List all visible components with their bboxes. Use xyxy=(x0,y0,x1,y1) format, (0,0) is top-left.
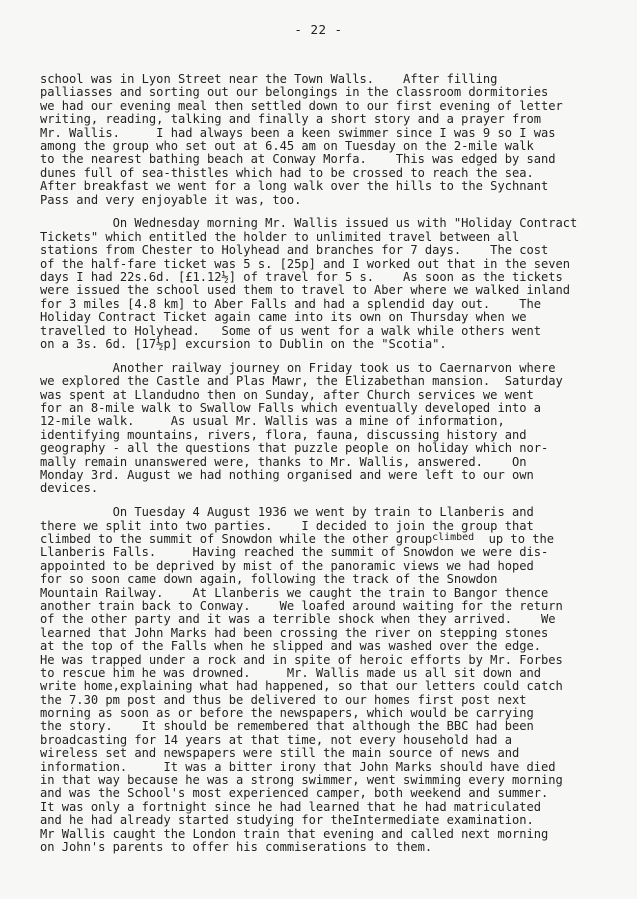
text-line: the 7.30 pm post and thus be delivered t… xyxy=(40,694,637,707)
text-line: On Wednesday morning Mr. Wallis issued u… xyxy=(40,217,637,230)
text-line: we explored the Castle and Plas Mawr, th… xyxy=(40,375,637,388)
text-line: On Tuesday 4 August 1936 we went by trai… xyxy=(40,506,637,519)
text-line: school was in Lyon Street near the Town … xyxy=(40,73,637,86)
text-line: stations from Chester to Holyhead and br… xyxy=(40,244,637,257)
text-line: Monday 3rd. August we had nothing organi… xyxy=(40,469,637,482)
text-line: writing, reading, talking and finally a … xyxy=(40,113,637,126)
text-line: at the top of the Falls when he slipped … xyxy=(40,640,637,653)
text-line: broadcasting for 14 years at that time, … xyxy=(40,734,637,747)
text-line: Mr Wallis caught the London train that e… xyxy=(40,828,637,841)
body-text: school was in Lyon Street near the Town … xyxy=(40,73,637,854)
text-line: for an 8-mile walk to Swallow Falls whic… xyxy=(40,402,637,415)
text-line: devices. xyxy=(40,482,637,495)
text-line: and was the School's most experienced ca… xyxy=(40,787,637,800)
text-line: Tickets" which entitled the holder to un… xyxy=(40,231,637,244)
text-line: of the other party and it was a terrible… xyxy=(40,613,637,626)
text-line: there we split into two parties. I decid… xyxy=(40,520,637,533)
text-line: was spent at Llandudno then on Sunday, a… xyxy=(40,389,637,402)
document-page: - 22 - school was in Lyon Street near th… xyxy=(0,0,637,899)
text-line: Llanberis Falls. Having reached the summ… xyxy=(40,546,637,559)
text-line: Holiday Contract Ticket again came into … xyxy=(40,311,637,324)
text-line: geography - all the questions that puzzl… xyxy=(40,442,637,455)
text-line: another train back to Conway. We loafed … xyxy=(40,600,637,613)
paragraph-3: Another railway journey on Friday took u… xyxy=(40,362,637,496)
page-number: - 22 - xyxy=(0,22,637,37)
text-line: Mr. Wallis. I had always been a keen swi… xyxy=(40,127,637,140)
paragraph-4: On Tuesday 4 August 1936 we went by trai… xyxy=(40,506,637,854)
text-line: It was only a fortnight since he had lea… xyxy=(40,801,637,814)
text-line: identifying mountains, rivers, flora, fa… xyxy=(40,429,637,442)
text-line: days I had 22s.6d. [£1.12½] of travel fo… xyxy=(40,271,637,284)
text-line: He was trapped under a rock and in spite… xyxy=(40,654,637,667)
text-line: of the half-fare ticket was 5 s. [25p] a… xyxy=(40,258,637,271)
text-line: travelled to Holyhead. Some of us went f… xyxy=(40,325,637,338)
paragraph-2: On Wednesday morning Mr. Wallis issued u… xyxy=(40,217,637,351)
text-line: After breakfast we went for a long walk … xyxy=(40,180,637,193)
text-line: to the nearest bathing beach at Conway M… xyxy=(40,153,637,166)
text-line: on a 3s. 6d. [17½p] excursion to Dublin … xyxy=(40,338,637,351)
text-line: to rescue him he was drowned. Mr. Wallis… xyxy=(40,667,637,680)
text-line: write home,explaining what had happened,… xyxy=(40,680,637,693)
text-line: were issued the school used them to trav… xyxy=(40,284,637,297)
text-line: 12-mile walk. As usual Mr. Wallis was a … xyxy=(40,415,637,428)
text-line: the story. It should be remembered that … xyxy=(40,720,637,733)
text-line: appointed to be deprived by mist of the … xyxy=(40,560,637,573)
text-line: palliasses and sorting out our belonging… xyxy=(40,86,637,99)
text-line: information. It was a bitter irony that … xyxy=(40,761,637,774)
text-line: mally remain unanswered were, thanks to … xyxy=(40,456,637,469)
text-line: for 3 miles [4.8 km] to Aber Falls and h… xyxy=(40,298,637,311)
text-segment: climbed to the summit of Snowdon while t… xyxy=(40,532,432,546)
text-segment: up to the xyxy=(474,532,554,546)
text-line: Mountain Railway. At Llanberis we caught… xyxy=(40,587,637,600)
text-line: morning as soon as or before the newspap… xyxy=(40,707,637,720)
text-line: we had our evening meal then settled dow… xyxy=(40,100,637,113)
text-line-with-insertion: climbed to the summit of Snowdon while t… xyxy=(40,533,637,546)
text-line: learned that John Marks had been crossin… xyxy=(40,627,637,640)
paragraph-1: school was in Lyon Street near the Town … xyxy=(40,73,637,207)
text-line: on John's parents to offer his commisera… xyxy=(40,841,637,854)
text-line: among the group who set out at 6.45 am o… xyxy=(40,140,637,153)
text-line: dunes full of sea-thistles which had to … xyxy=(40,167,637,180)
text-line: wireless set and newspapers were still t… xyxy=(40,747,637,760)
text-line: in that way because he was a strong swim… xyxy=(40,774,637,787)
text-line: and he had already started studying for … xyxy=(40,814,637,827)
handwritten-insertion: climbed xyxy=(432,532,474,543)
text-line: Another railway journey on Friday took u… xyxy=(40,362,637,375)
text-line: Pass and very enjoyable it was, too. xyxy=(40,194,637,207)
text-line: for so soon came down again, following t… xyxy=(40,573,637,586)
